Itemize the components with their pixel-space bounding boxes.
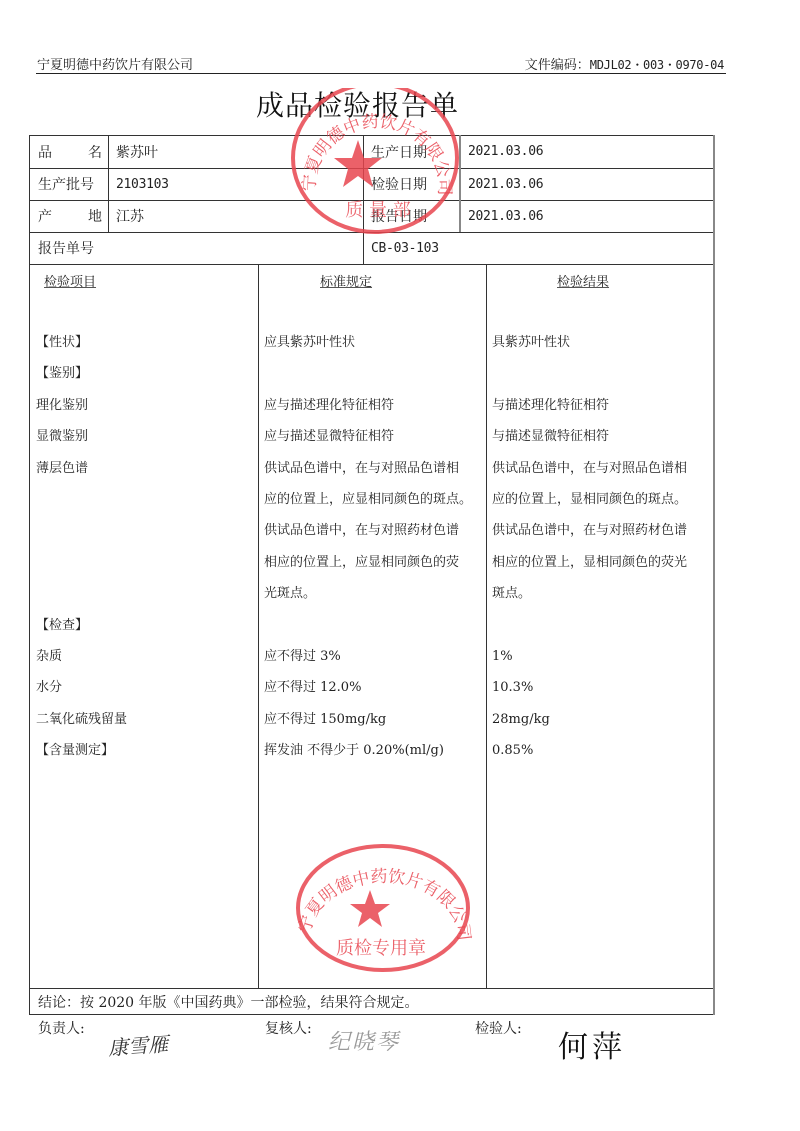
production-date-label: 生产日期 [371,135,427,168]
column-header-standard: 标准规定 [320,271,372,290]
row-item: 水分 [36,672,62,704]
row-item: 理化鉴别 [36,390,88,422]
row-result: 供试品色谱中，在与对照药材色谱 [492,515,687,547]
row-result: 28mg/kg [492,704,550,736]
row-item: 【检查】 [36,610,88,642]
row-standard: 光斑点。 [264,578,316,610]
report-no-label: 报告单号 [38,232,94,264]
document-code-value: MDJL02・003・0970-04 [590,58,724,72]
reviewer-signature: 纪晓琴 [328,1025,400,1056]
row-standard: 应的位置上，应显相同颜色的斑点。 [264,484,472,516]
row-standard: 应与描述理化特征相符 [264,390,394,422]
row-item: 【性状】 [36,327,88,359]
row-result: 斑点。 [492,578,531,610]
reviewer-label: 复核人: [265,1018,312,1038]
right-border [713,135,715,1015]
row-standard: 应不得过 3% [264,641,341,673]
row-standard: 供试品色谱中，在与对照药材色谱 [264,515,459,547]
test-date-label: 检验日期 [371,168,427,200]
row-result: 0.85% [492,735,533,767]
row-standard: 应具紫苏叶性状 [264,327,355,359]
product-name-value: 紫苏叶 [116,135,158,168]
row-standard: 应不得过 12.0% [264,672,361,704]
row-item: 杂质 [36,641,62,673]
row-result: 供试品色谱中，在与对照品色谱相 [492,453,687,485]
product-name-label: 品 名 [38,135,102,168]
row-result: 10.3% [492,672,533,704]
report-no-value: CB-03-103 [371,232,439,264]
origin-value: 江苏 [116,200,144,232]
company-name: 宁夏明德中药饮片有限公司 [37,54,193,73]
responsible-signature: 康雪雁 [107,1028,169,1061]
test-date-value: 2021.03.06 [468,168,543,200]
row-result: 相应的位置上，显相同颜色的荧光 [492,547,687,579]
row-result: 应的位置上，显相同颜色的斑点。 [492,484,687,516]
header-divider [36,73,726,74]
document-code: 文件编码：MDJL02・003・0970-04 [525,54,724,73]
row-result: 与描述显微特征相符 [492,421,609,453]
row-item: 【含量测定】 [36,735,114,767]
document-code-label: 文件编码： [525,58,590,73]
row-standard: 应与描述显微特征相符 [264,421,394,453]
page-title: 成品检验报告单 [0,84,715,124]
responsible-label: 负责人: [38,1018,85,1038]
row-standard: 应不得过 150mg/kg [264,704,386,736]
col-divider [486,264,487,988]
column-header-item: 检验项目 [44,271,96,290]
row-result: 具紫苏叶性状 [492,327,570,359]
batch-value: 2103103 [116,168,169,200]
inspector-label: 检验人: [475,1018,522,1038]
row-item: 显微鉴别 [36,421,88,453]
conclusion: 结论：按 2020 年版《中国药典》一部检验，结果符合规定。 [38,988,419,1015]
row-result: 与描述理化特征相符 [492,390,609,422]
production-date-value: 2021.03.06 [468,135,543,168]
report-date-value: 2021.03.06 [468,200,543,232]
column-header-result: 检验结果 [557,271,609,290]
inspector-signature: 何萍 [558,1022,626,1066]
report-date-label: 报告日期 [371,200,427,232]
row-standard: 相应的位置上，应显相同颜色的荧 [264,547,459,579]
batch-label: 生产批号 [38,168,94,200]
row-item: 【鉴别】 [36,358,88,390]
row-item: 二氧化硫残留量 [36,704,127,736]
col-divider [363,135,364,264]
col-divider [459,135,461,232]
row-item: 薄层色谱 [36,453,88,485]
origin-label: 产 地 [38,200,102,232]
col-divider [108,135,109,232]
row-standard: 挥发油 不得少于 0.20%(ml/g) [264,735,444,767]
row-divider [29,264,714,265]
row-standard: 供试品色谱中，在与对照品色谱相 [264,453,459,485]
col-divider [258,264,259,988]
row-result: 1% [492,641,513,673]
